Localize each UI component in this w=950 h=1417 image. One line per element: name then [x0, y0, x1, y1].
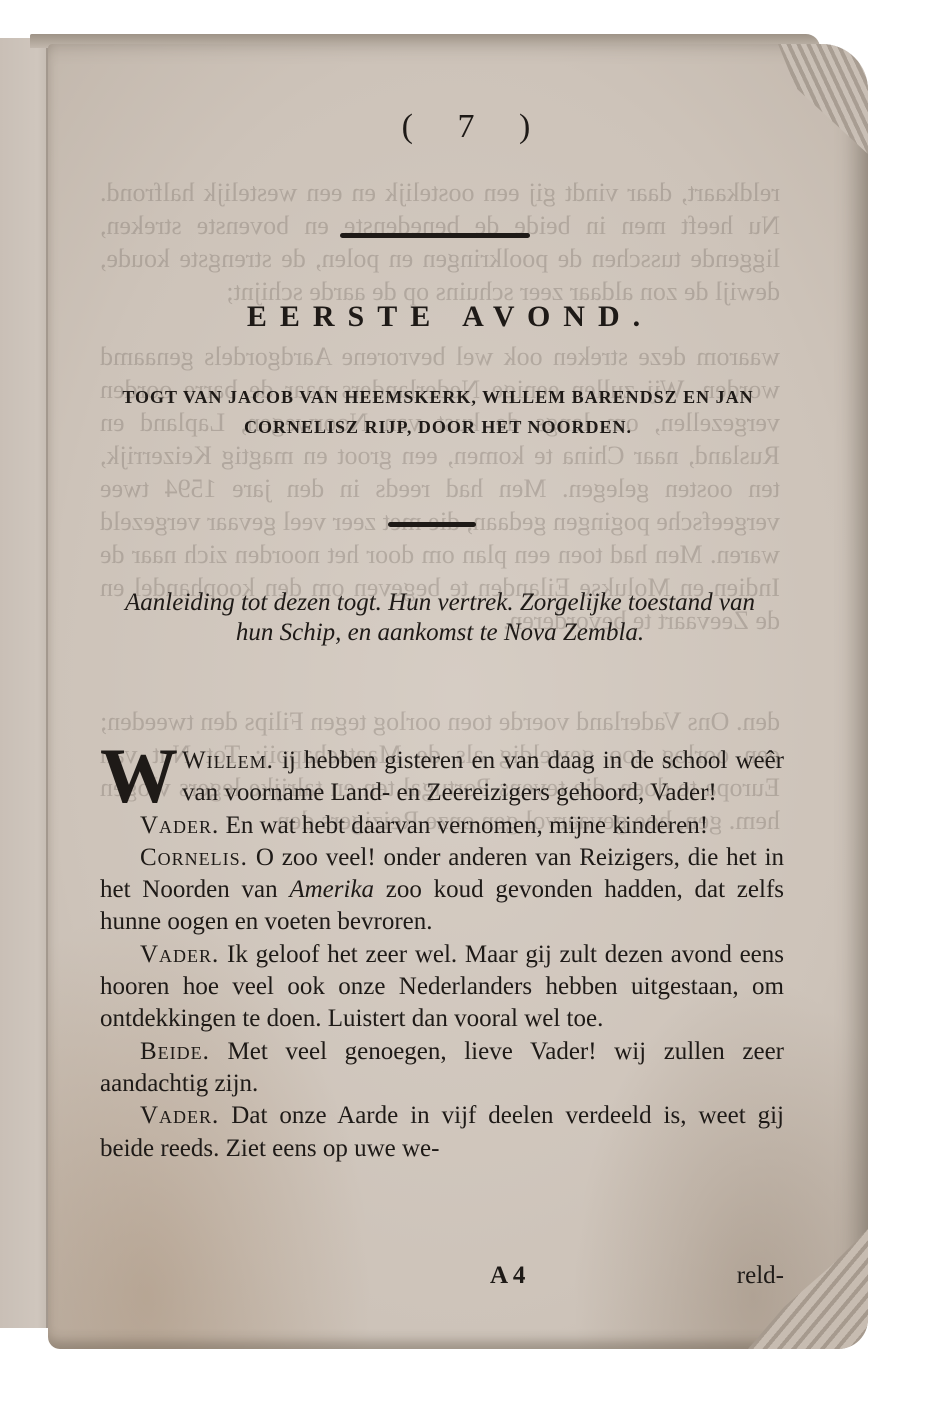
dialogue-paragraph: Willem. Wij hebben gisteren en van daag …: [100, 745, 784, 810]
speaker-name: Vader.: [140, 812, 219, 839]
dialogue-paragraph: Cornelis. O zoo veel! onder anderen van …: [100, 842, 784, 939]
catchword: reld-: [737, 1262, 784, 1290]
dialogue-paragraph: Vader. Dat onze Aarde in vijf deelen ver…: [100, 1100, 784, 1165]
dialogue-paragraph: Vader. En wat hebt daarvan vernomen, mij…: [100, 810, 784, 842]
ornamental-rule-top: [340, 233, 530, 238]
chapter-heading: EERSTE AVOND.: [100, 300, 800, 334]
chapter-summary: Aanleiding tot dezen togt. Hun vertrek. …: [120, 588, 760, 648]
drop-capital: W: [100, 745, 178, 807]
signature-mark: A 4: [490, 1262, 525, 1290]
speaker-name: Vader.: [140, 941, 219, 968]
show-through-text-1: reldkaart, daar vindt gij een oostelijk …: [100, 176, 780, 308]
ornamental-rule-middle: [388, 522, 476, 527]
page-number: ( 7 ): [0, 108, 950, 146]
dialogue-text: En wat hebt daarvan vernomen, mijne kind…: [226, 812, 708, 839]
speaker-name: Beide.: [140, 1038, 210, 1065]
chapter-subtitle: TOGT VAN JACOB VAN HEEMSKERK, WILLEM BAR…: [118, 382, 758, 442]
speaker-name: Cornelis.: [140, 844, 248, 871]
emphasized-place-name: Amerika: [289, 876, 374, 903]
dialogue-body: Willem. Wij hebben gisteren en van daag …: [100, 745, 784, 1165]
speaker-name: Vader.: [140, 1102, 219, 1129]
dialogue-paragraph: Beide. Met veel genoegen, lieve Vader! w…: [100, 1036, 784, 1101]
speaker-name: Willem.: [182, 747, 274, 774]
dialogue-paragraph: Vader. Ik geloof het zeer wel. Maar gij …: [100, 939, 784, 1036]
